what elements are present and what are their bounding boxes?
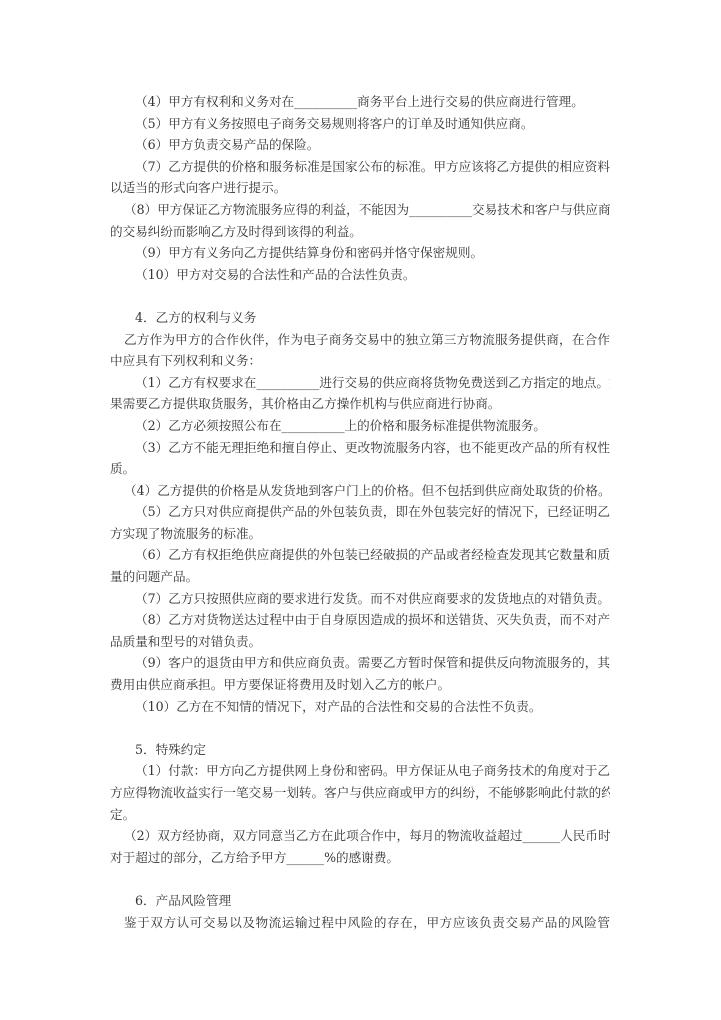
s4-item-10-line-1: （10）乙方在不知情的情况下，对产品的合法性和交易的合法性不负责。 (110, 696, 610, 718)
s4-item-7-line-1: （7）乙方只按照供应商的要求进行发货。而不对供应商要求的发货地点的对错负责。 (110, 588, 610, 610)
s4-item-6-line-1: （6）乙方有权拒绝供应商提供的外包装已经破损的产品或者经检查发现其它数量和质 (110, 544, 610, 566)
s3-item-10-line-1: （10）甲方对交易的合法性和产品的合法性负责。 (110, 264, 610, 286)
s4-item-6-line-2: 量的问题产品。 (110, 566, 610, 588)
s3-item-7-line-1: （7）乙方提供的价格和服务标准是国家公布的标准。甲方应该将乙方提供的相应资料 (110, 156, 610, 178)
s4-item-5-line-1: （5）乙方只对供应商提供产品的外包装负责，即在外包装完好的情况下，已经证明乙 (110, 501, 610, 523)
section-6-heading: 6．产品风险管理 (110, 890, 610, 912)
s3-item-7-line-2: 以适当的形式向客户进行提示。 (110, 177, 610, 199)
spacer (110, 717, 610, 739)
s4-intro-line-2: 中应具有下列权利和义务： (110, 350, 610, 372)
s3-item-9-line-1: （9）甲方有义务向乙方提供结算身份和密码并恪守保密规则。 (110, 242, 610, 264)
s4-intro-line-1: 乙方作为甲方的合作伙伴，作为电子商务交易中的独立第三方物流服务提供商，在合作 (110, 329, 610, 351)
s4-item-3-line-1: （3）乙方不能无理拒绝和擅自停止、更改物流服务内容，也不能更改产品的所有权性 (110, 437, 610, 459)
section-4-heading: 4．乙方的权利与义务 (110, 307, 610, 329)
s4-item-3-line-2: 质。 (110, 458, 610, 480)
section-4: 4．乙方的权利与义务 乙方作为甲方的合作伙伴，作为电子商务交易中的独立第三方物流… (110, 307, 610, 717)
s4-item-5-line-2: 方实现了物流服务的标准。 (110, 523, 610, 545)
section-5-heading: 5．特殊约定 (110, 739, 610, 761)
s3-item-8-line-2: 的交易纠纷而影响乙方及时得到该得的利益。 (110, 221, 610, 243)
s4-item-8-line-2: 品质量和型号的对错负责。 (110, 631, 610, 653)
s6-line-1: 鉴于双方认可交易以及物流运输过程中风险的存在，甲方应该负责交易产品的风险管 (110, 912, 610, 934)
s3-item-4-line-1: （4）甲方有权利和义务对在__________商务平台上进行交易的供应商进行管理… (110, 91, 610, 113)
s4-item-2-line-1: （2）乙方必须按照公布在__________上的价格和服务标准提供物流服务。 (110, 415, 610, 437)
spacer (110, 868, 610, 890)
s3-item-8-line-1: （8）甲方保证乙方物流服务应得的利益，不能因为__________交易技术和客户… (110, 199, 610, 221)
s4-item-4-line-1: （4）乙方提供的价格是从发货地到客户门上的价格。但不包括到供应商处取货的价格。 (110, 480, 610, 502)
s5-item-1-line-3: 定。 (110, 804, 610, 826)
section-3-items: （4）甲方有权利和义务对在__________商务平台上进行交易的供应商进行管理… (110, 91, 610, 285)
s4-item-9-line-1: （9）客户的退货由甲方和供应商负责。需要乙方暂时保管和提供反向物流服务的，其 (110, 652, 610, 674)
spacer (110, 285, 610, 307)
s3-item-5-line-1: （5）甲方有义务按照电子商务交易规则将客户的订单及时通知供应商。 (110, 113, 610, 135)
s5-item-2-line-2: 对于超过的部分，乙方给予甲方______%的感谢费。 (110, 847, 610, 869)
s4-item-9-line-2: 费用由供应商承担。甲方要保证将费用及时划入乙方的帐户。 (110, 674, 610, 696)
s4-item-1-line-1: （1）乙方有权要求在__________进行交易的供应商将货物免费送到乙方指定的… (110, 372, 610, 394)
s5-item-2-line-1: （2）双方经协商，双方同意当乙方在此项合作中，每月的物流收益超过______人民… (110, 825, 610, 847)
s3-item-6-line-1: （6）甲方负责交易产品的保险。 (110, 134, 610, 156)
s4-item-1-line-2: 果需要乙方提供取货服务，其价格由乙方操作机构与供应商进行协商。 (110, 393, 610, 415)
document-page: （4）甲方有权利和义务对在__________商务平台上进行交易的供应商进行管理… (110, 91, 610, 933)
s5-item-1-line-1: （1）付款：甲方向乙方提供网上身份和密码。甲方保证从电子商务技术的角度对于乙 (110, 760, 610, 782)
s4-item-8-line-1: （8）乙方对货物送达过程中由于自身原因造成的损坏和送错货、灭失负责，而不对产 (110, 609, 610, 631)
section-6: 6．产品风险管理 鉴于双方认可交易以及物流运输过程中风险的存在，甲方应该负责交易… (110, 890, 610, 933)
section-5: 5．特殊约定 （1）付款：甲方向乙方提供网上身份和密码。甲方保证从电子商务技术的… (110, 739, 610, 869)
s5-item-1-line-2: 方应得物流收益实行一笔交易一划转。客户与供应商或甲方的纠纷，不能够影响此付款的约 (110, 782, 610, 804)
